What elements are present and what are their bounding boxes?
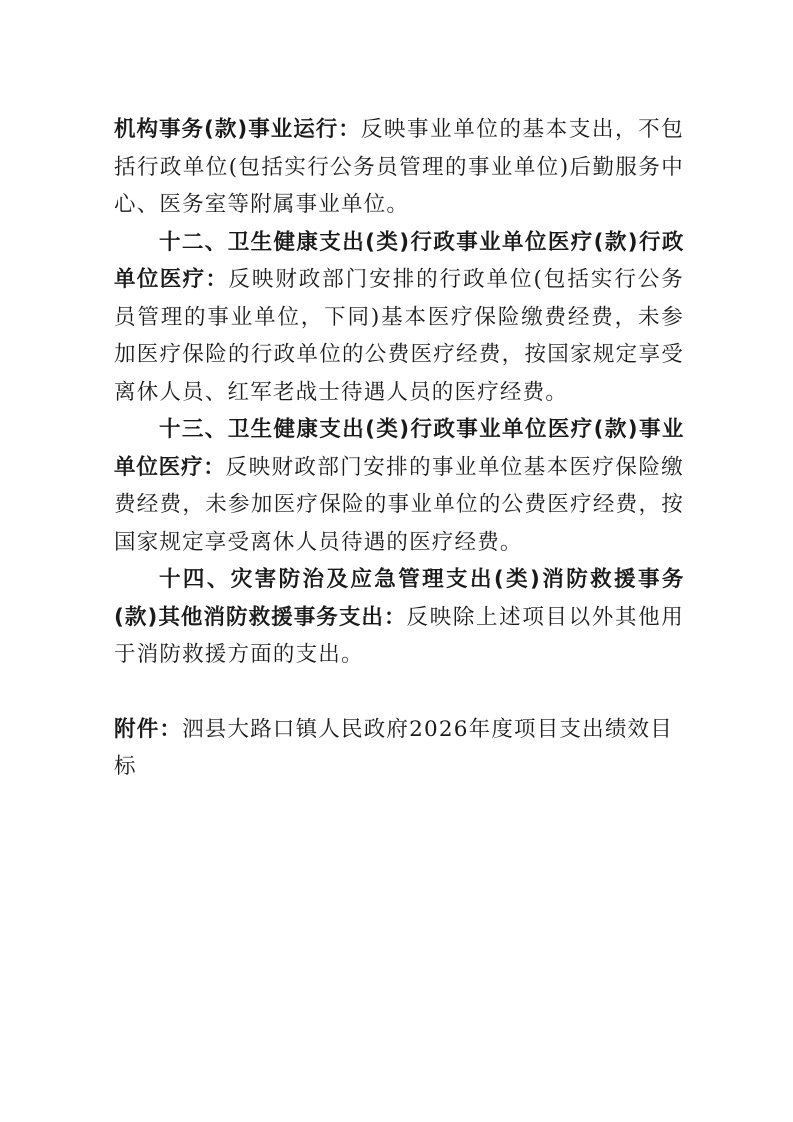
attachment-title: 泗县大路口镇人民政府2026年度项目支出绩效目标 — [114, 717, 673, 780]
paragraph-heading: 机构事务(款)事业运行： — [114, 117, 361, 142]
paragraph-item-14: 十四、灾害防治及应急管理支出(类)消防救援事务(款)其他消防救援事务支出：反映除… — [114, 561, 684, 674]
paragraph-item-12: 十二、卫生健康支出(类)行政事业单位医疗(款)行政单位医疗：反映财政部门安排的行… — [114, 224, 684, 412]
attachment-line: 附件：泗县大路口镇人民政府2026年度项目支出绩效目标 — [114, 711, 684, 786]
paragraph-institution-operations: 机构事务(款)事业运行：反映事业单位的基本支出，不包括行政单位(包括实行公务员管… — [114, 111, 684, 224]
attachment-label: 附件： — [114, 717, 182, 742]
blank-line — [114, 674, 684, 711]
document-page: 机构事务(款)事业运行：反映事业单位的基本支出，不包括行政单位(包括实行公务员管… — [114, 111, 684, 786]
paragraph-item-13: 十三、卫生健康支出(类)行政事业单位医疗(款)事业单位医疗：反映财政部门安排的事… — [114, 411, 684, 561]
